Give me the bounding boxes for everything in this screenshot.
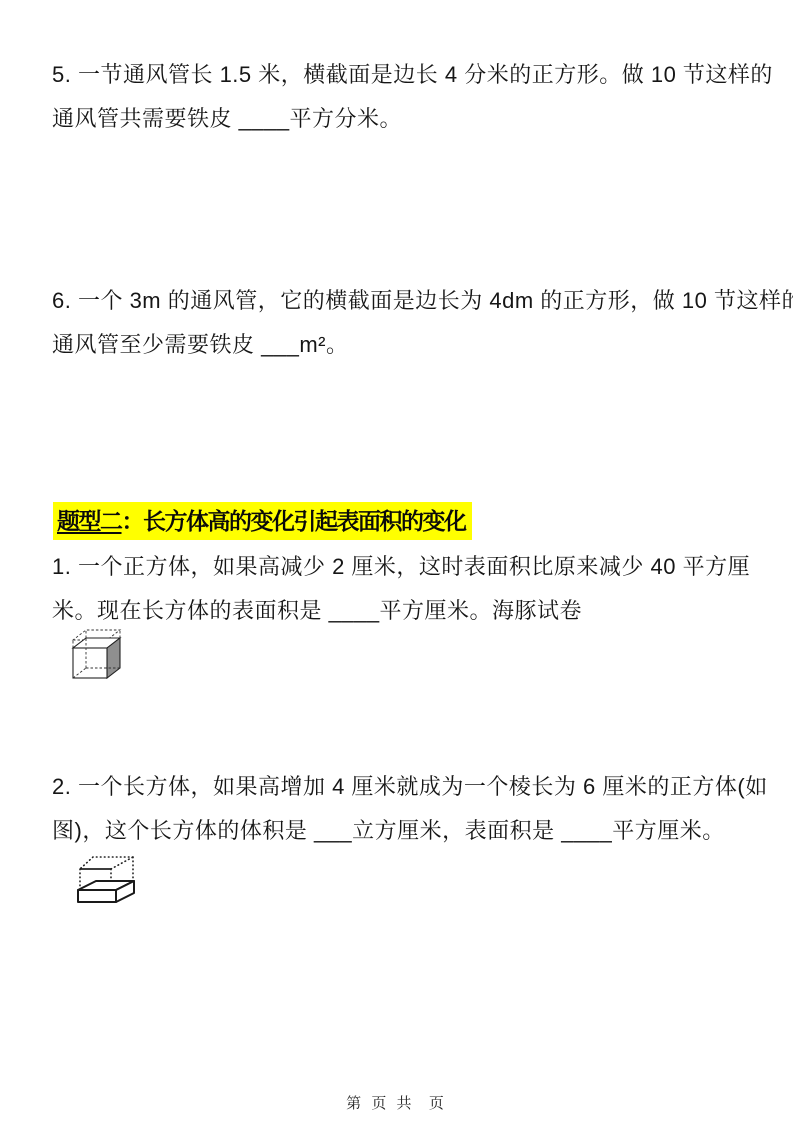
problem-1-line-1: 1. 一个正方体，如果高减少 2 厘米，这时表面积比原来减少 40 平方厘 (52, 552, 750, 582)
cube-figure-reduced-height-icon (70, 622, 128, 686)
section-heading-title: ：长方体高的变化引起表面积的变化 (122, 508, 466, 534)
problem-6-line-1: 6. 一个 3m 的通风管，它的横截面是边长为 4dm 的正方形，做 10 节这… (52, 286, 793, 316)
problem-5-line-2: 通风管共需要铁皮 ____平方分米。 (52, 104, 402, 134)
section-heading: 题型二：长方体高的变化引起表面积的变化 (53, 502, 472, 540)
problem-2-line-1: 2. 一个长方体，如果高增加 4 厘米就成为一个棱长为 6 厘米的正方体(如 (52, 772, 768, 802)
problem-2-line-2: 图)，这个长方体的体积是 ___立方厘米，表面积是 ____平方厘米。 (52, 816, 725, 846)
worksheet-page: 5. 一节通风管长 1.5 米，横截面是边长 4 分米的正方形。做 10 节这样… (0, 0, 793, 1121)
problem-1-line-2: 米。现在长方体的表面积是 ____平方厘米。海豚试卷 (52, 596, 582, 626)
section-heading-number: 题型二 (57, 508, 122, 534)
page-footer: 第 页 共 页 (0, 1092, 793, 1113)
problem-6-line-2: 通风管至少需要铁皮 ___m²。 (52, 330, 348, 360)
flat-box-figure-dotted-cube-icon (76, 854, 140, 910)
problem-5-line-1: 5. 一节通风管长 1.5 米，横截面是边长 4 分米的正方形。做 10 节这样… (52, 60, 773, 90)
